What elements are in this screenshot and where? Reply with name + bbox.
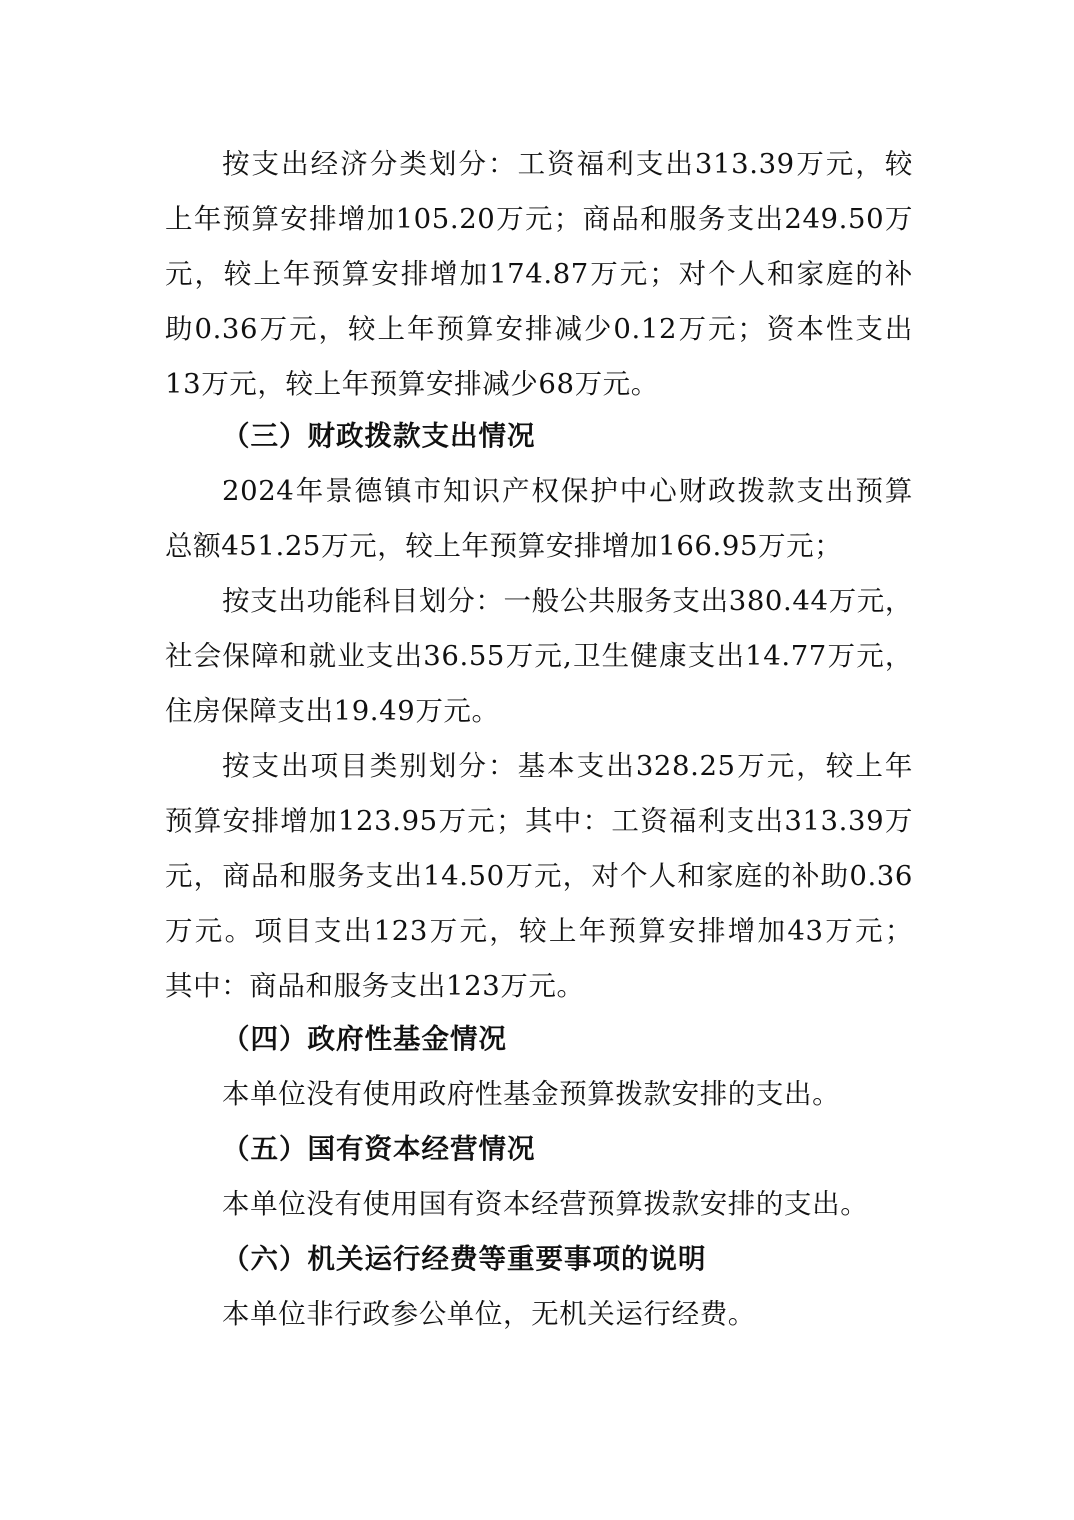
paragraph-line: 助0.36万元，较上年预算安排减少0.12万元；资本性支出 <box>165 309 913 349</box>
paragraph-line: 元，较上年预算安排增加174.87万元；对个人和家庭的补 <box>165 254 913 294</box>
paragraph-line: 13万元，较上年预算安排减少68万元。 <box>165 364 913 404</box>
paragraph-line: 其中：商品和服务支出123万元。 <box>165 966 913 1006</box>
paragraph-line: 2024年景德镇市知识产权保护中心财政拨款支出预算 <box>222 471 913 511</box>
paragraph-line: 本单位没有使用政府性基金预算拨款安排的支出。 <box>222 1074 913 1114</box>
paragraph-line: 按支出项目类别划分：基本支出328.25万元，较上年 <box>222 746 913 786</box>
paragraph-line: 本单位没有使用国有资本经营预算拨款安排的支出。 <box>222 1184 913 1224</box>
paragraph-line: 万元。项目支出123万元，较上年预算安排增加43万元； <box>165 911 913 951</box>
section-heading-4: （四）政府性基金情况 <box>222 1019 507 1059</box>
section-heading-6: （六）机关运行经费等重要事项的说明 <box>222 1239 707 1279</box>
paragraph-line: 上年预算安排增加105.20万元；商品和服务支出249.50万 <box>165 199 913 239</box>
paragraph-line: 预算安排增加123.95万元；其中：工资福利支出313.39万 <box>165 801 913 841</box>
paragraph-line: 按支出经济分类划分：工资福利支出313.39万元，较 <box>222 144 913 184</box>
section-heading-5: （五）国有资本经营情况 <box>222 1129 536 1169</box>
paragraph-line: 住房保障支出19.49万元。 <box>165 691 913 731</box>
paragraph-line: 总额451.25万元，较上年预算安排增加166.95万元； <box>165 526 913 566</box>
document-page: 按支出经济分类划分：工资福利支出313.39万元，较 上年预算安排增加105.2… <box>0 0 1074 1520</box>
paragraph-line: 本单位非行政参公单位，无机关运行经费。 <box>222 1294 913 1334</box>
section-heading-3: （三）财政拨款支出情况 <box>222 416 536 456</box>
paragraph-line: 按支出功能科目划分：一般公共服务支出380.44万元， <box>222 581 913 621</box>
paragraph-line: 元，商品和服务支出14.50万元，对个人和家庭的补助0.36 <box>165 856 913 896</box>
paragraph-line: 社会保障和就业支出36.55万元,卫生健康支出14.77万元， <box>165 636 913 676</box>
